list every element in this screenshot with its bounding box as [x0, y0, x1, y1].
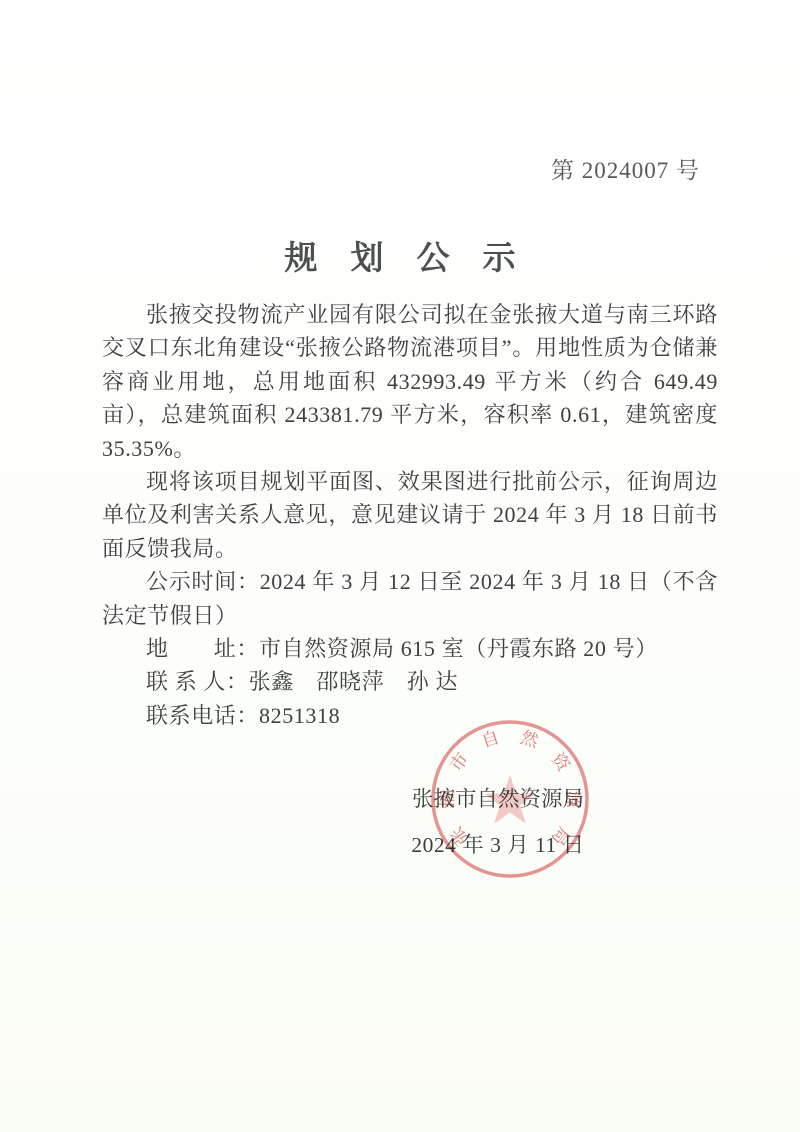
line-contact-phone: 联系电话：8251318	[102, 699, 718, 732]
notice-body: 张掖交投物流产业园有限公司拟在金张掖大道与南三环路交叉口东北角建设“张掖公路物流…	[102, 298, 718, 732]
page-title: 规 划 公 示	[0, 232, 800, 279]
document-number: 第 2024007 号	[551, 152, 700, 185]
line-address: 地 址：市自然资源局 615 室（丹霞东路 20 号）	[102, 632, 718, 665]
signature-date: 2024 年 3 月 11 日	[406, 828, 590, 859]
paragraph-project-intro: 张掖交投物流产业园有限公司拟在金张掖大道与南三环路交叉口东北角建设“张掖公路物流…	[102, 298, 718, 465]
line-public-notice-period: 公示时间：2024 年 3 月 12 日至 2024 年 3 月 18 日（不含…	[102, 565, 718, 632]
signature-block: 张掖市自然资源局 2024 年 3 月 11 日	[406, 782, 590, 859]
line-contact-persons: 联 系 人：张鑫 邵晓萍 孙 达	[102, 665, 718, 698]
notice-document-page: 第 2024007 号 规 划 公 示 张掖交投物流产业园有限公司拟在金张掖大道…	[0, 0, 800, 1132]
paragraph-notice-statement: 现将该项目规划平面图、效果图进行批前公示，征询周边单位及利害关系人意见，意见建议…	[102, 465, 718, 565]
signature-organization: 张掖市自然资源局	[406, 782, 590, 813]
